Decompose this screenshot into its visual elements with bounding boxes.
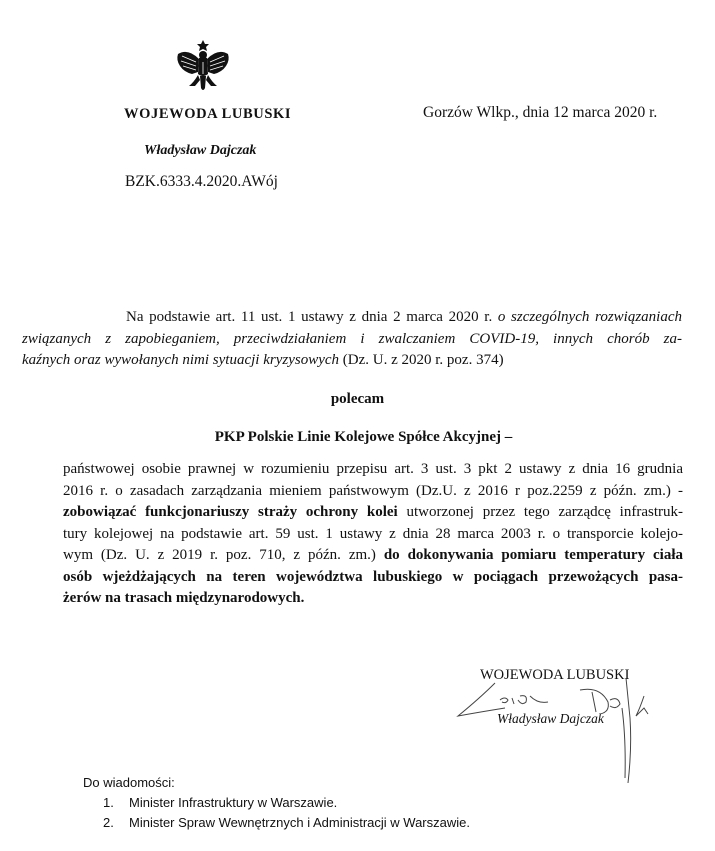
legal-basis-paragraph: Na podstawie art. 11 ust. 1 ustawy z dni… <box>22 307 682 372</box>
polish-eagle-emblem-icon <box>172 38 234 96</box>
reference-number: BZK.6333.4.2020.AWój <box>125 173 278 191</box>
cc-list-item: 1.Minister Infrastruktury w Warszawie. <box>103 795 337 810</box>
body-line-4: tury kolejowej na podstawie art. 59 ust.… <box>63 524 683 546</box>
addressee: PKP Polskie Linie Kolejowe Spółce Akcyjn… <box>0 429 715 446</box>
office-title: WOJEWODA LUBUSKI <box>124 106 291 123</box>
order-body-paragraph: państwowej osobie prawnej w rozumieniu p… <box>63 459 683 610</box>
office-holder-name: Władysław Dajczak <box>144 143 256 159</box>
body-line-5: wym (Dz. U. z 2019 r. poz. 710, z późn. … <box>63 545 683 567</box>
body-line-3: zobowiązać funkcjonariuszy straży ochron… <box>63 502 683 524</box>
cc-title: Do wiadomości: <box>83 775 175 790</box>
order-word: polecam <box>0 391 715 408</box>
cc-list-item: 2.Minister Spraw Wewnętrznych i Administ… <box>103 815 470 830</box>
intro-line-3: kaźnych oraz wywołanych nimi sytuacji kr… <box>22 350 682 372</box>
handwritten-signature-icon <box>450 678 680 788</box>
intro-line-2: związanych z zapobieganiem, przeciwdział… <box>22 329 682 351</box>
body-line-2: 2016 r. o zasadach zarządzania mieniem p… <box>63 481 683 503</box>
intro-line-1: Na podstawie art. 11 ust. 1 ustawy z dni… <box>22 307 682 329</box>
place-and-date: Gorzów Wlkp., dnia 12 marca 2020 r. <box>423 104 657 122</box>
body-line-6: osób wjeżdżających na teren województwa … <box>63 567 683 589</box>
body-line-1: państwowej osobie prawnej w rozumieniu p… <box>63 459 683 481</box>
body-line-7: żerów na trasach międzynarodowych. <box>63 588 683 610</box>
